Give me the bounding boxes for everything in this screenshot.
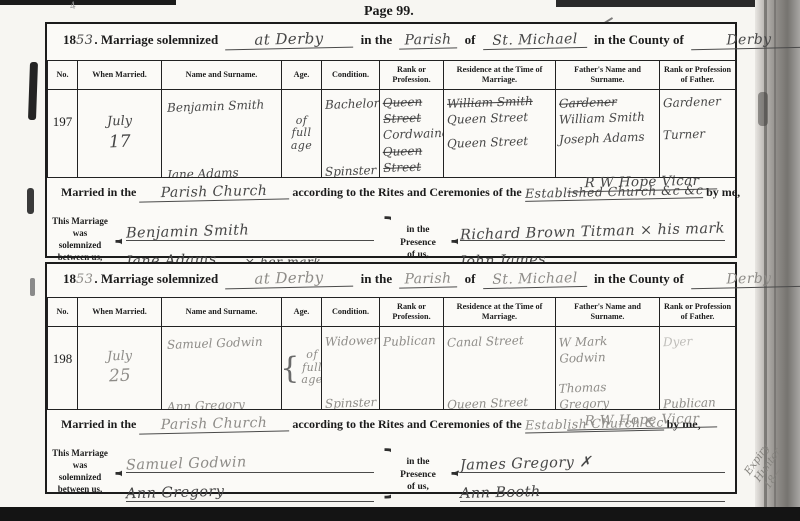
vicar-signature: R W Hope Vicar (567, 174, 717, 191)
county-handwritten: Derby (691, 31, 800, 50)
scan-edge-top-left (0, 0, 176, 5)
bride-condition: Spinster (325, 162, 377, 178)
parish-type-handwritten: Parish (399, 31, 457, 49)
bride-residence: Queen Street (447, 133, 553, 153)
bride-residence: Queen Street (447, 393, 553, 410)
binding-mark (27, 188, 34, 214)
place-handwritten: at Derby (225, 268, 353, 290)
col-when-married: When Married. (78, 61, 162, 90)
church-handwritten: Parish Church (139, 182, 289, 202)
presence-label: in the Presence of us, (391, 224, 445, 261)
scanned-register-page: Page 99. 4 1853. Marriage solemnized at … (0, 0, 800, 521)
of-label: of (465, 32, 476, 47)
entry-number: 198 (51, 329, 74, 367)
groom-father: William Smith (559, 108, 657, 128)
groom-signature-line: Samuel Godwin (126, 448, 374, 473)
record-headline: 1853. Marriage solemnized at Derby in th… (47, 264, 735, 297)
brace-close: } (378, 442, 391, 507)
witness2-line: Ann Booth (460, 477, 725, 502)
rank-struck-entry: Queen Street (382, 93, 440, 127)
col-residence: Residence at the Time of Marriage. (444, 61, 556, 90)
col-when-married: When Married. (78, 298, 162, 327)
header-row: No. When Married. Name and Surname. Age.… (48, 298, 736, 327)
parish-name-handwritten: St. Michael (483, 270, 587, 289)
married-in-label: Married in the (61, 185, 136, 199)
marriage-record-198: 1853. Marriage solemnized at Derby in th… (45, 262, 737, 494)
scan-edge-bottom (0, 507, 800, 521)
solemnized-label: . Marriage solemnized (94, 271, 218, 286)
col-name-surname: Name and Surname. (162, 61, 282, 90)
witness1-signature: Richard Brown Titman × his mark (460, 220, 725, 243)
col-father-name: Father's Name and Surname. (556, 61, 660, 90)
page-number: Page 99. (364, 4, 414, 20)
county-label: in the County of (594, 271, 684, 286)
record-headline: 1853. Marriage solemnized at Derby in th… (47, 24, 735, 60)
brace-open: { (109, 442, 122, 507)
rank-struck-entry: Queen Street (382, 142, 440, 176)
col-father-name: Father's Name and Surname. (556, 298, 660, 327)
when-married-day: 25 (108, 365, 130, 389)
age-line: age (301, 374, 321, 387)
when-married-month: July (107, 347, 133, 365)
party-signatures: Samuel Godwin Ann Gregory (122, 444, 378, 506)
when-married-month: July (107, 113, 133, 131)
year-handwritten: 53 (76, 33, 93, 48)
bride-father: Thomas Gregory (558, 377, 656, 410)
bride-signature-line: Ann Gregory (126, 477, 374, 502)
parish-type-handwritten: Parish (399, 270, 457, 288)
groom-father: W Mark Godwin (558, 331, 656, 367)
bride-name: Jane Adams (167, 163, 278, 178)
of-label: of (465, 271, 476, 286)
age-brace: { (282, 351, 300, 386)
age-line: full (292, 127, 312, 140)
presence-label: in the Presence of us, (391, 456, 445, 493)
bride-signature: Ann Gregory (126, 484, 225, 503)
groom-father-rank: Gardener (663, 93, 733, 112)
county-handwritten: Derby (691, 270, 800, 289)
col-father-rank: Rank or Profession of Father. (660, 61, 736, 90)
groom-signature: Samuel Godwin (126, 454, 247, 473)
col-no: No. (48, 298, 78, 327)
bride-father: Joseph Adams (559, 129, 657, 149)
church-handwritten: Parish Church (139, 414, 289, 434)
year-prefix: 18 (63, 32, 76, 47)
col-condition: Condition. (322, 61, 380, 90)
groom-signature: Benjamin Smith (126, 222, 250, 241)
bride-name: Ann Gregory (167, 395, 278, 410)
header-row: No. When Married. Name and Surname. Age.… (48, 61, 736, 90)
groom-name: Benjamin Smith (167, 96, 278, 116)
county-label: in the County of (594, 32, 684, 47)
vicar-signature: R W Hope Vicar (567, 412, 717, 429)
groom-residence: Canal Street (447, 331, 553, 351)
entry-row-198: 198 July 25 Samuel Godwin Ann Gregory { … (48, 327, 736, 410)
register-table-198: No. When Married. Name and Surname. Age.… (47, 297, 736, 410)
rites-label: according to the Rites and Ceremonies of… (292, 417, 521, 431)
scan-blotch (758, 92, 768, 126)
col-no: No. (48, 61, 78, 90)
groom-condition: Bachelor (325, 95, 377, 113)
rites-label: according to the Rites and Ceremonies of… (292, 185, 521, 199)
when-married-day: 17 (108, 130, 130, 154)
groom-condition: Widower (325, 332, 377, 350)
col-rank-profession: Rank or Profession. (380, 61, 444, 90)
bride-condition: Spinster (325, 394, 377, 410)
groom-father-rank: Dyer (663, 332, 733, 351)
entry-row-197: 197 July 17 Benjamin Smith Jane Adams of… (48, 90, 736, 178)
age-line: age (291, 140, 312, 153)
col-name-surname: Name and Surname. (162, 298, 282, 327)
bride-father-rank: Publican (663, 394, 733, 410)
bride-father-rank: Turner (663, 125, 733, 144)
col-father-rank: Rank or Profession of Father. (660, 298, 736, 327)
groom-residence: Queen Street (447, 108, 553, 128)
solemnized-label: . Marriage solemnized (94, 32, 218, 47)
brace-open: { (445, 442, 458, 507)
age-line: of (306, 349, 318, 362)
witness1-signature: James Gregory ✗ (460, 454, 592, 473)
witness-signatures: James Gregory ✗ Ann Booth (458, 444, 731, 506)
groom-rank: Publican (383, 332, 441, 350)
year-handwritten: 53 (76, 272, 93, 287)
witness1-line: James Gregory ✗ (460, 448, 725, 473)
parish-name-handwritten: St. Michael (483, 31, 587, 50)
place-handwritten: at Derby (225, 29, 353, 51)
register-table-197: No. When Married. Name and Surname. Age.… (47, 60, 736, 178)
entry-number: 197 (51, 92, 74, 130)
col-age: Age. (282, 298, 322, 327)
signatures-section-198: This Marriage was solemnized between us,… (47, 444, 735, 506)
binding-mark (30, 278, 35, 296)
binding-mark (28, 62, 38, 120)
groom-rank: Cordwainer (383, 125, 441, 143)
witness2-signature: Ann Booth (460, 484, 541, 502)
in-the-label: in the (361, 271, 392, 286)
groom-signature-line: Benjamin Smith (126, 216, 374, 241)
col-rank-profession: Rank or Profession. (380, 298, 444, 327)
marriage-record-197: 1853. Marriage solemnized at Derby in th… (45, 22, 737, 258)
col-age: Age. (282, 61, 322, 90)
witness1-line: Richard Brown Titman × his mark (460, 216, 725, 241)
col-condition: Condition. (322, 298, 380, 327)
year-prefix: 18 (63, 271, 76, 286)
this-marriage-label: This Marriage was solemnized between us, (51, 444, 109, 506)
in-the-label: in the (361, 32, 392, 47)
groom-name: Samuel Godwin (167, 333, 278, 353)
col-residence: Residence at the Time of Marriage. (444, 298, 556, 327)
married-in-label: Married in the (61, 417, 136, 431)
